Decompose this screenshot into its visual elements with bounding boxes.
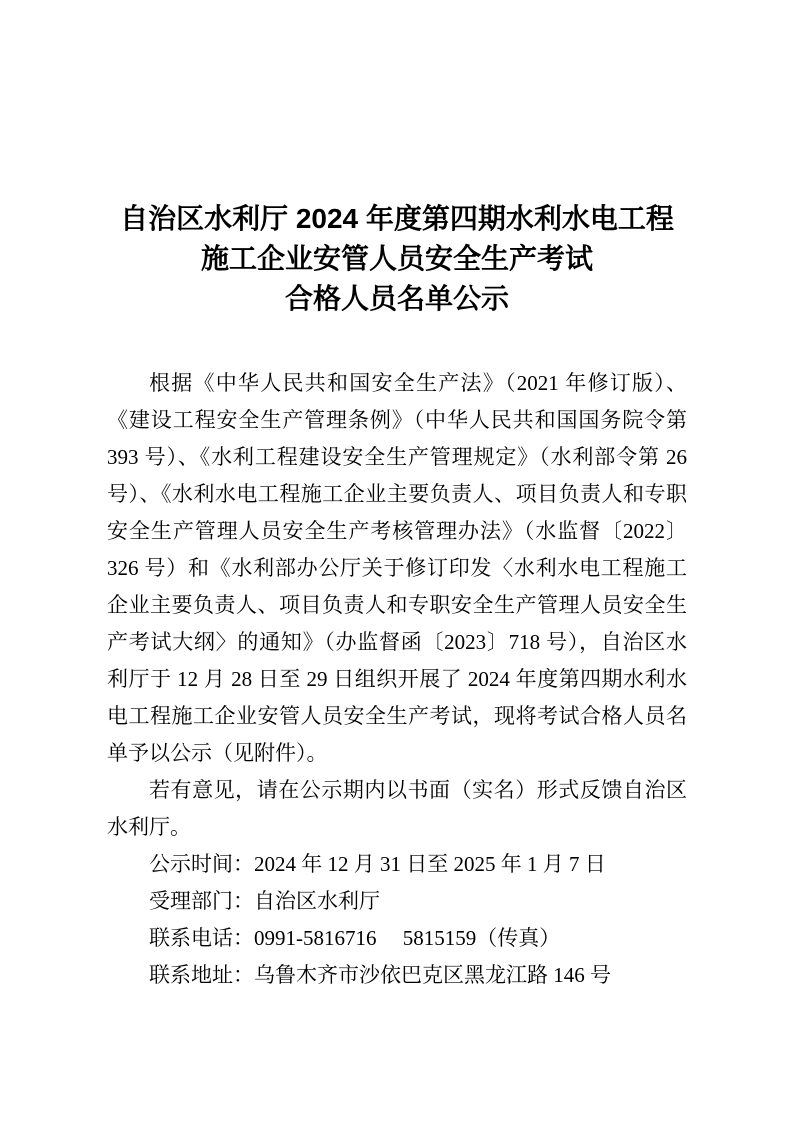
title-line-1: 自治区水利厅 2024 年度第四期水利水电工程	[107, 199, 687, 239]
paragraph-legal-basis: 根据《中华人民共和国安全生产法》（2021 年修订版）、《建设工程安全生产管理条…	[107, 365, 687, 772]
document-body: 根据《中华人民共和国安全生产法》（2021 年修订版）、《建设工程安全生产管理条…	[107, 365, 687, 994]
paragraph-feedback-instruction: 若有意见，请在公示期内以书面（实名）形式反馈自治区水利厅。	[107, 772, 687, 846]
accepting-department-line: 受理部门：自治区水利厅	[107, 883, 687, 920]
contact-phone-line: 联系电话：0991-5816716 5815159（传真）	[107, 920, 687, 957]
title-line-3: 合格人员名单公示	[107, 279, 687, 319]
document-page: 自治区水利厅 2024 年度第四期水利水电工程 施工企业安管人员安全生产考试 合…	[0, 0, 793, 1122]
document-title: 自治区水利厅 2024 年度第四期水利水电工程 施工企业安管人员安全生产考试 合…	[107, 199, 687, 319]
title-line-2: 施工企业安管人员安全生产考试	[107, 239, 687, 279]
publicity-period-line: 公示时间：2024 年 12 月 31 日至 2025 年 1 月 7 日	[107, 846, 687, 883]
contact-address-line: 联系地址：乌鲁木齐市沙依巴克区黑龙江路 146 号	[107, 957, 687, 994]
